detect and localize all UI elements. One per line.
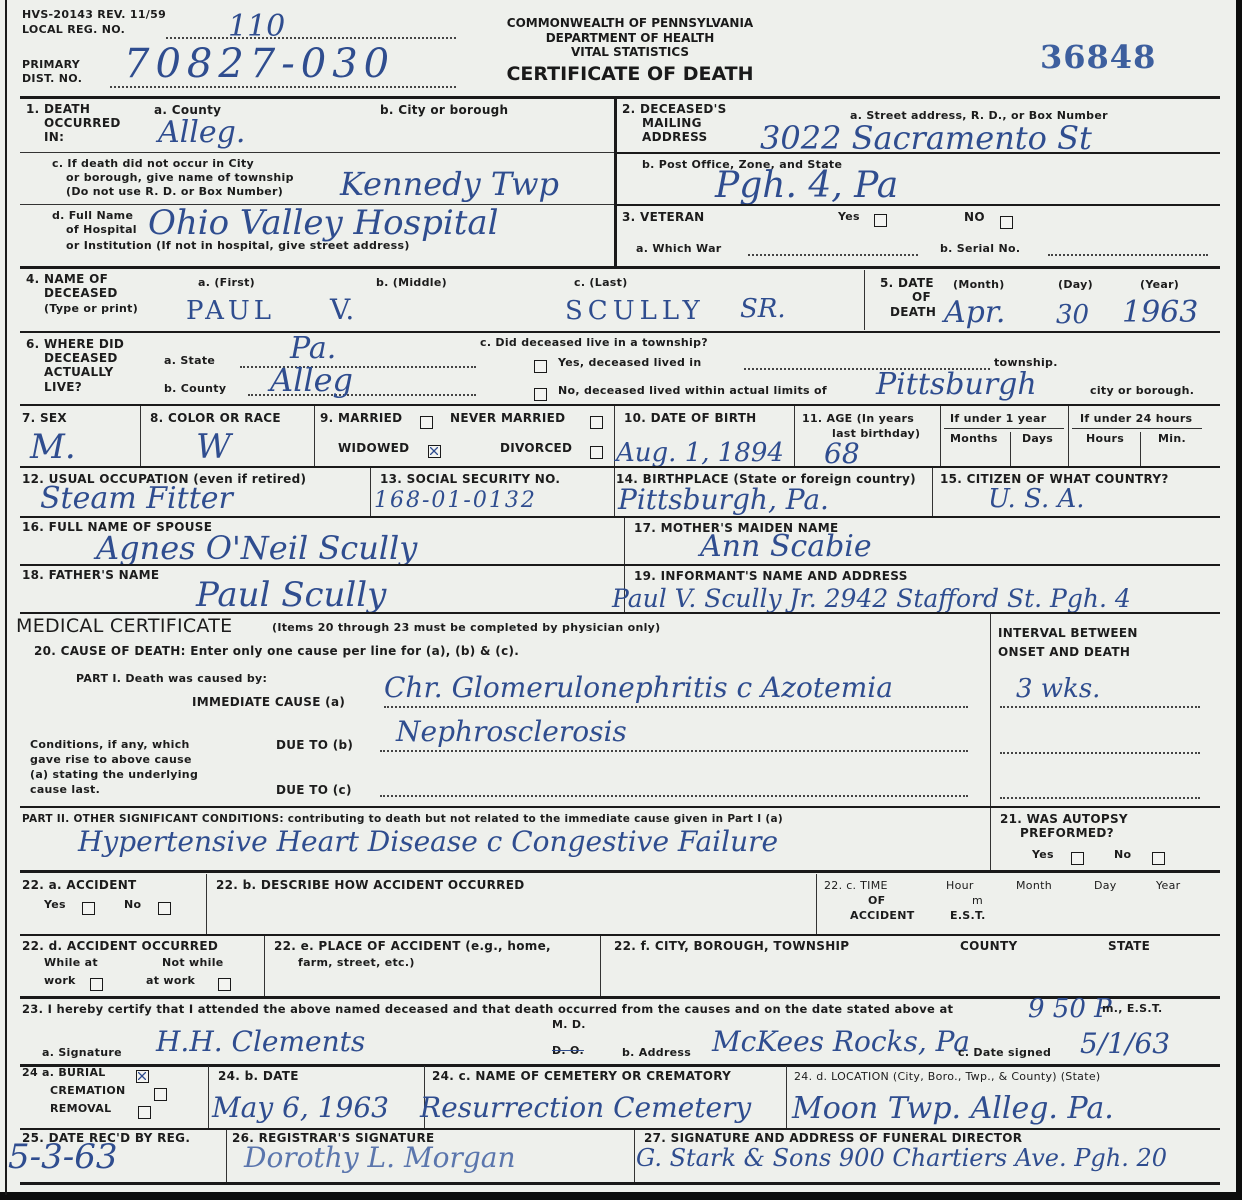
row-line: [20, 564, 1220, 566]
top-border: [20, 96, 1220, 99]
married-checkbox[interactable]: [420, 416, 433, 429]
date-recd-value: 5-3-63: [8, 1140, 118, 1174]
divider: [600, 936, 601, 996]
father-value: Paul Scully: [196, 578, 386, 612]
death-occurred-label: 1. DEATH: [26, 102, 90, 117]
certification-time-suffix: m., E.S.T.: [1102, 1002, 1162, 1015]
never-married-label: NEVER MARRIED: [450, 411, 565, 426]
dod-month-label: (Month): [953, 278, 1005, 291]
acc-day-label: Day: [1094, 879, 1117, 892]
due-to-b-label: DUE TO (b): [276, 738, 353, 753]
divider: [1010, 432, 1011, 466]
row-line: [20, 516, 1220, 518]
immediate-line: [384, 706, 968, 708]
name-label-1: 4. NAME OF: [26, 272, 108, 287]
name-label-3: (Type or print): [44, 302, 138, 315]
ssn-label: 13. SOCIAL SECURITY NO.: [380, 472, 560, 487]
residence-label-4: LIVE?: [44, 380, 82, 395]
ssn-value: 168-01-0132: [374, 490, 537, 512]
do-label-struck: D. O.: [552, 1044, 584, 1057]
m-label: m: [972, 894, 983, 907]
date-signed-value: 5/1/63: [1080, 1030, 1170, 1058]
location-value: Moon Twp. Alleg. Pa.: [792, 1094, 1114, 1124]
divider: [264, 936, 265, 996]
residence-state-label: a. State: [164, 354, 215, 367]
middle-name-value: V.: [330, 296, 354, 324]
row-line: [20, 1128, 1220, 1130]
acc-year-label: Year: [1156, 879, 1181, 892]
at-work-label: at work: [146, 974, 195, 987]
sex-label: 7. SEX: [22, 411, 67, 426]
place-label-1: 22. e. PLACE OF ACCIDENT (e.g., home,: [274, 939, 551, 954]
interval-line-c: [1000, 797, 1200, 799]
certificate-number-stamp: 36848: [1040, 38, 1156, 76]
residence-city-value: Pittsburgh: [876, 370, 1037, 400]
row-line: [20, 331, 1220, 333]
residence-state-value: Pa.: [290, 334, 336, 364]
divorced-label: DIVORCED: [500, 441, 572, 456]
agency-line-1: COMMONWEALTH OF PENNSYLVANIA: [470, 16, 790, 30]
serial-line: [1048, 254, 1208, 256]
divider: [940, 406, 941, 466]
divider: [786, 1066, 787, 1128]
acc-month-label: Month: [1016, 879, 1052, 892]
veteran-label: 3. VETERAN: [622, 210, 705, 225]
removal-checkbox[interactable]: [138, 1106, 151, 1119]
mother-value: Ann Scabie: [700, 532, 872, 562]
accident-no-checkbox[interactable]: [158, 902, 171, 915]
row-line: [20, 934, 1220, 936]
row-line: [20, 152, 614, 153]
divider: [1068, 406, 1069, 466]
acc-city-label: 22. f. CITY, BOROUGH, TOWNSHIP: [614, 939, 849, 954]
conditions-label-1: Conditions, if any, which: [30, 738, 190, 751]
hours-label: Hours: [1086, 432, 1124, 445]
row-line: [20, 404, 1220, 406]
township-label-3: (Do not use R. D. or Box Number): [66, 185, 283, 198]
months-label: Months: [950, 432, 998, 445]
part2-value: Hypertensive Heart Disease c Congestive …: [78, 828, 778, 856]
dod-day-value: 30: [1056, 302, 1089, 328]
immediate-cause-value: Chr. Glomerulonephritis c Azotemia: [384, 674, 893, 702]
dod-label-2: OF: [912, 290, 931, 305]
father-label: 18. FATHER'S NAME: [22, 568, 159, 583]
due-to-b-value: Nephrosclerosis: [396, 718, 627, 746]
section-line: [20, 1064, 1220, 1067]
mailing-label-3: ADDRESS: [642, 130, 708, 145]
middle-name-label: b. (Middle): [376, 276, 447, 289]
cemetery-value: Resurrection Cemetery: [420, 1094, 751, 1122]
bottom-border: [20, 1182, 1220, 1185]
lived-city-no-checkbox[interactable]: [534, 388, 547, 401]
mailing-label-2: MAILING: [642, 116, 702, 131]
divider: [614, 99, 617, 267]
race-label: 8. COLOR OR RACE: [150, 411, 281, 426]
conditions-label-2: gave rise to above cause: [30, 753, 192, 766]
widowed-checkbox[interactable]: [428, 445, 441, 458]
which-war-label: a. Which War: [636, 242, 722, 255]
medical-heading: MEDICAL CERTIFICATE: [16, 614, 232, 638]
local-reg-line: [166, 37, 456, 39]
describe-label: 22. b. DESCRIBE HOW ACCIDENT OCCURRED: [216, 878, 524, 893]
local-reg-label: LOCAL REG. NO.: [22, 23, 125, 36]
divider: [140, 406, 141, 466]
divider: [990, 808, 991, 870]
row-line: [617, 204, 1220, 206]
occupation-value: Steam Fitter: [40, 484, 233, 514]
due-c-line: [380, 795, 968, 797]
lived-city-no-label: No, deceased lived within actual limits …: [558, 384, 827, 397]
divider: [314, 406, 315, 466]
divider: [794, 406, 795, 466]
divider: [864, 270, 865, 330]
accident-yes-checkbox[interactable]: [82, 902, 95, 915]
post-office-value: Pgh. 4, Pa: [715, 168, 898, 204]
section-line: [20, 266, 1220, 269]
divider: [932, 468, 933, 516]
spouse-value: Agnes O'Neil Scully: [96, 532, 417, 564]
accident-occurred-label: 22. d. ACCIDENT OCCURRED: [22, 939, 218, 954]
interval-value: 3 wks.: [1016, 676, 1100, 702]
while-at-work-checkbox[interactable]: [90, 978, 103, 991]
autopsy-yes-label: Yes: [1032, 848, 1054, 861]
death-occurred-label-2: OCCURRED: [44, 116, 121, 131]
row-line: [20, 466, 1220, 468]
city-suffix: city or borough.: [1090, 384, 1194, 397]
time-label-1: 22. c. TIME: [824, 879, 888, 892]
divider: [206, 874, 207, 934]
age-value: 68: [824, 440, 860, 468]
conditions-label-4: cause last.: [30, 783, 100, 796]
serial-label: b. Serial No.: [940, 242, 1020, 255]
divorced-checkbox[interactable]: [590, 446, 603, 459]
informant-label: 19. INFORMANT'S NAME AND ADDRESS: [634, 569, 908, 584]
not-at-work-checkbox[interactable]: [218, 978, 231, 991]
interval-line-b: [1000, 752, 1200, 754]
interval-label-1: INTERVAL BETWEEN: [998, 626, 1138, 641]
sex-value: M.: [30, 430, 76, 464]
veteran-no-checkbox[interactable]: [1000, 216, 1013, 229]
md-label: M. D.: [552, 1018, 586, 1031]
not-while-label: Not while: [162, 956, 224, 969]
conditions-label-3: (a) stating the underlying: [30, 768, 198, 781]
local-reg-value: 110: [228, 12, 285, 42]
cremation-label: CREMATION: [50, 1084, 126, 1097]
divider: [208, 1066, 209, 1128]
subline: [944, 428, 1064, 429]
due-to-c-label: DUE TO (c): [276, 783, 352, 798]
under-year-label: If under 1 year: [950, 412, 1046, 425]
autopsy-no-label: No: [1114, 848, 1131, 861]
location-label: 24. d. LOCATION (City, Boro., Twp., & Co…: [794, 1070, 1101, 1083]
work-label: work: [44, 974, 76, 987]
city-label: b. City or borough: [380, 103, 508, 118]
residence-county-label: b. County: [164, 382, 226, 395]
row-line: [617, 152, 1220, 154]
accident-label: 22. a. ACCIDENT: [22, 878, 137, 893]
township-value: Kennedy Twp: [340, 168, 559, 200]
divider: [226, 1130, 227, 1182]
lived-township-yes-checkbox[interactable]: [534, 360, 547, 373]
primary-dist-label-2: DIST. NO.: [22, 72, 82, 85]
hospital-label-2: of Hospital: [66, 223, 137, 236]
place-label-2: farm, street, etc.): [298, 956, 415, 969]
disposition-date-value: May 6, 1963: [212, 1094, 389, 1122]
autopsy-no-checkbox[interactable]: [1152, 852, 1165, 865]
veteran-no-label: NO: [964, 210, 985, 225]
left-border: [5, 0, 7, 1195]
first-name-label: a. (First): [198, 276, 255, 289]
physician-signature: H.H. Clements: [156, 1028, 365, 1056]
section-line: [20, 870, 1220, 873]
married-label: 9. MARRIED: [320, 411, 402, 426]
certificate-title: CERTIFICATE OF DEATH: [470, 63, 790, 85]
autopsy-label-1: 21. WAS AUTOPSY: [1000, 812, 1128, 827]
death-occurred-label-3: IN:: [44, 130, 64, 145]
death-certificate: HVS-20143 REV. 11/59 LOCAL REG. NO. 110 …: [0, 0, 1236, 1192]
divider: [634, 1130, 635, 1182]
name-suffix-value: SR.: [740, 296, 786, 322]
physician-address-value: McKees Rocks, Pa: [712, 1028, 970, 1056]
primary-dist-label: PRIMARY: [22, 58, 80, 71]
subline: [1072, 428, 1202, 429]
age-label-1: 11. AGE (In years: [802, 412, 914, 425]
death-county-value: Alleg.: [158, 118, 245, 148]
while-at-label: While at: [44, 956, 98, 969]
last-name-value: SCULLY: [565, 298, 705, 324]
days-label: Days: [1022, 432, 1053, 445]
hospital-label-1: d. Full Name: [52, 209, 133, 222]
veteran-yes-checkbox[interactable]: [874, 214, 887, 227]
citizen-value: U. S. A.: [988, 486, 1085, 512]
date-signed-label: c. Date signed: [958, 1046, 1051, 1059]
dod-day-label: (Day): [1058, 278, 1093, 291]
name-label-2: DECEASED: [44, 286, 118, 301]
accident-no-label: No: [124, 898, 141, 911]
registrar-signature: Dorothy L. Morgan: [244, 1144, 516, 1172]
divider: [614, 468, 615, 516]
cremation-checkbox[interactable]: [154, 1088, 167, 1101]
row-line: [20, 806, 1220, 808]
divider: [370, 468, 371, 516]
township-question: c. Did deceased live in a township?: [480, 336, 708, 349]
interval-line-a: [1000, 706, 1200, 708]
mailing-label-1: 2. DECEASED'S: [622, 102, 727, 117]
divider: [1140, 432, 1141, 466]
hospital-value: Ohio Valley Hospital: [148, 206, 499, 240]
immediate-cause-label: IMMEDIATE CAUSE (a): [192, 695, 345, 710]
township-label-2: or borough, give name of township: [66, 171, 294, 184]
street-value: 3022 Sacramento St: [760, 122, 1092, 154]
township-label-1: c. If death did not occur in City: [52, 157, 254, 170]
accident-yes-label: Yes: [44, 898, 66, 911]
cause-label: 20. CAUSE OF DEATH: Enter only one cause…: [34, 644, 519, 659]
veteran-yes-label: Yes: [838, 210, 860, 223]
dod-label-1: 5. DATE: [880, 276, 934, 291]
acc-county-label: COUNTY: [960, 939, 1017, 954]
acc-state-label: STATE: [1108, 939, 1150, 954]
under-24-label: If under 24 hours: [1080, 412, 1192, 425]
address-label: b. Address: [622, 1046, 691, 1059]
last-name-label: c. (Last): [574, 276, 628, 289]
dod-year-value: 1963: [1122, 298, 1198, 328]
dob-value: Aug. 1, 1894: [616, 440, 784, 466]
interval-label-2: ONSET AND DEATH: [998, 645, 1130, 660]
min-label: Min.: [1158, 432, 1186, 445]
divider: [990, 614, 991, 806]
agency-line-3: VITAL STATISTICS: [470, 45, 790, 59]
form-id: HVS-20143 REV. 11/59: [22, 8, 166, 21]
certification-statement: 23. I hereby certify that I attended the…: [22, 1002, 953, 1017]
dod-year-label: (Year): [1140, 278, 1179, 291]
removal-label: REMOVAL: [50, 1102, 111, 1115]
agency-line-2: DEPARTMENT OF HEALTH: [470, 31, 790, 45]
certification-time-value: 9 50 P: [1028, 996, 1112, 1022]
time-label-3: ACCIDENT: [850, 909, 915, 922]
autopsy-yes-checkbox[interactable]: [1071, 852, 1084, 865]
due-b-line: [380, 750, 968, 752]
lived-township-yes-label: Yes, deceased lived in: [558, 356, 702, 369]
residence-county-value: Alleg: [270, 364, 353, 396]
est-label: E.S.T.: [950, 909, 986, 922]
residence-label-3: ACTUALLY: [44, 365, 113, 380]
never-married-checkbox[interactable]: [590, 416, 603, 429]
informant-value: Paul V. Scully Jr. 2942 Stafford St. Pgh…: [612, 586, 1131, 611]
divider: [614, 406, 615, 466]
birthplace-value: Pittsburgh, Pa.: [618, 486, 829, 514]
widowed-label: WIDOWED: [338, 441, 409, 456]
which-war-line: [748, 254, 918, 256]
funeral-director-value: G. Stark & Sons 900 Chartiers Ave. Pgh. …: [636, 1146, 1167, 1170]
cemetery-label: 24. c. NAME OF CEMETERY OR CREMATORY: [432, 1069, 731, 1084]
race-value: W: [196, 430, 231, 464]
autopsy-label-2: PREFORMED?: [1020, 826, 1114, 841]
burial-label: 24 a. BURIAL: [22, 1066, 106, 1079]
divider: [816, 874, 817, 934]
residence-label-1: 6. WHERE DID: [26, 337, 124, 352]
hour-label: Hour: [946, 879, 974, 892]
dod-month-value: Apr.: [944, 298, 1005, 328]
medical-heading-note: (Items 20 through 23 must be completed b…: [272, 621, 660, 634]
first-name-value: PAUL: [186, 298, 275, 324]
residence-label-2: DECEASED: [44, 351, 118, 366]
dod-label-3: DEATH: [890, 305, 936, 320]
signature-label: a. Signature: [42, 1046, 122, 1059]
burial-checkbox[interactable]: [136, 1070, 149, 1083]
dob-label: 10. DATE OF BIRTH: [624, 411, 757, 426]
disposition-date-label: 24. b. DATE: [218, 1069, 299, 1084]
primary-dist-value: 70827-030: [124, 44, 395, 84]
time-label-2: OF: [868, 894, 885, 907]
part1-label: PART I. Death was caused by:: [76, 672, 267, 685]
